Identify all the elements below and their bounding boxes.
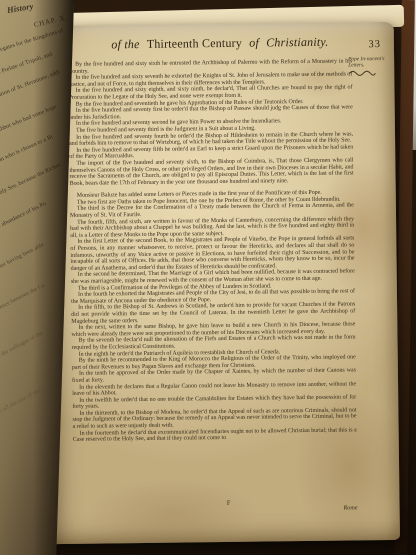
left-page-running-title: History: [6, 1, 34, 15]
signature-mark: F: [227, 500, 231, 507]
header-word: Christianity.: [266, 35, 328, 50]
paragraph: The import of the five hundred and seven…: [69, 157, 353, 187]
left-page-text-fragment: a Prelate of Tripoli, and: [0, 51, 53, 75]
flourish-icon: [348, 70, 376, 77]
right-page: of the Thirteenth Century of Christianit…: [46, 22, 400, 544]
header-word: Thirteenth Century: [147, 36, 242, 51]
left-page-text-fragment: Holy See, because the Riches: [0, 162, 62, 198]
left-page-chapter-heading: CHAP. X.: [33, 13, 69, 29]
body-text: By the five hundred and sixty sixth he e…: [68, 58, 357, 443]
margin-note: Pope In-nocent's Letters.: [348, 56, 390, 77]
margin-note-text: Pope In-nocent's Letters.: [348, 56, 384, 69]
paragraph: In the fourteenth he declar'd that excom…: [73, 427, 357, 444]
page-number: 33: [368, 39, 381, 50]
left-page-text-fragment: ken off the rest of the: [0, 388, 41, 418]
paragraph: In the first Letter of the second Book, …: [70, 236, 354, 272]
left-page-text-fragment: ference between the Ca: [0, 283, 46, 314]
left-page-text-fragment: of the suffrages of the: [0, 330, 44, 360]
header-word: of the: [111, 37, 139, 51]
left-page-text-fragment: the abundance of his Po: [0, 201, 47, 232]
left-page-text-fragment: tration of St. Hermione, addi: [0, 69, 61, 100]
left-page-text-fragment: Man who is chosen to a Bi: [0, 134, 54, 166]
left-page-text-fragment: after having been able: [0, 242, 45, 272]
book-photo: History CHAP. X. Legates for the Kingdom…: [0, 0, 416, 555]
left-page-text-fragment: Legates for the Kingdoms of: [0, 28, 64, 54]
left-page-text-fragment: Abbot who had some hope: [0, 104, 58, 134]
catchword: Rome: [343, 504, 357, 511]
page-footer: F Rome: [73, 498, 357, 517]
header-word: of: [249, 36, 259, 50]
page-header: of the Thirteenth Century of Christianit…: [46, 34, 394, 53]
